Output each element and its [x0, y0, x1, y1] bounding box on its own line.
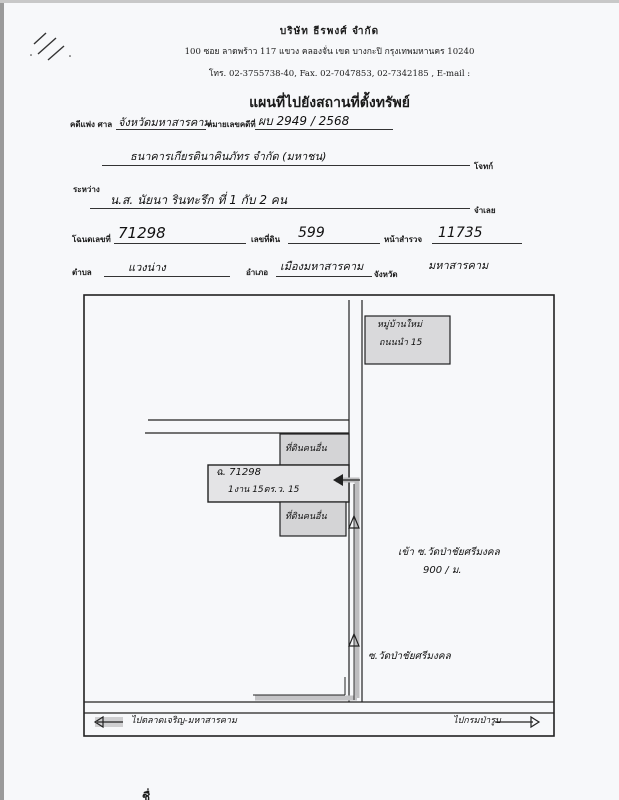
company-name: บริษัท ธีรพงศ์ จำกัด	[20, 24, 619, 39]
location-map: หมู่บ้านใหม่ ถนนนำ 15 ที่ดินคนอื่น ฉ. 71…	[83, 294, 556, 738]
district-label: อำเภอ	[246, 266, 268, 279]
case-label: คดีแพ่ง ศาล	[70, 118, 112, 131]
deed-label: โฉนดเลขที่	[72, 233, 111, 246]
bottom-mark: ชื่	[142, 788, 150, 800]
subdistrict-underline	[104, 276, 230, 277]
distance-label-2: 900 / ม.	[423, 564, 462, 578]
neighbor-bottom-label: ที่ดินคนอื่น	[285, 510, 327, 524]
scan-edge-left	[0, 0, 4, 800]
land-no-value: 599	[298, 225, 325, 241]
deed-value: 71298	[118, 224, 166, 242]
company-contact: โทร. 02-3755738-40, Fax. 02-7047853, 02-…	[30, 66, 619, 80]
road-right-label: ไปกรมป่ารูบ	[453, 714, 501, 728]
neighbor-top-label: ที่ดินคนอื่น	[285, 442, 327, 456]
deed-underline	[114, 243, 246, 244]
case-no-underline	[255, 129, 393, 130]
survey-label: หน้าสำรวจ	[384, 233, 422, 246]
case-no-label: หมายเลขคดีที่	[207, 118, 256, 131]
survey-value: 11735	[438, 225, 483, 241]
village-label-2: ถนนนำ 15	[379, 336, 422, 350]
plaintiff-underline	[102, 165, 470, 166]
land-no-underline	[288, 243, 380, 244]
village-label-1: หมู่บ้านใหม่	[377, 318, 422, 332]
province-label: จังหวัด	[374, 268, 398, 281]
between-label: ระหว่าง	[73, 183, 100, 196]
soi-label: ซ.วัดป่าชัยศรีมงคล	[368, 650, 451, 664]
district-underline	[276, 276, 372, 277]
subdistrict-label: ตำบล	[72, 266, 92, 279]
defendant-label: จำเลย	[474, 204, 496, 217]
document-title: แผนที่ไปยังสถานที่ตั้งทรัพย์	[20, 92, 619, 114]
land-no-label: เลขที่ดิน	[251, 233, 280, 246]
province-value: มหาสารคาม	[428, 256, 488, 274]
defendant-underline	[90, 208, 470, 209]
company-address: 100 ซอย ลาดพร้าว 117 แขวง คลองจั่น เขต บ…	[20, 44, 619, 58]
scan-edge-top	[0, 0, 619, 3]
distance-label-1: เข้า ซ.วัดป่าชัยศรีมงคล	[398, 546, 500, 560]
case-underline	[116, 129, 206, 130]
plaintiff-value: ธนาคารเกียรตินาคินภัทร จำกัด (มหาชน)	[130, 147, 326, 165]
subdistrict-value: แวงน่าง	[128, 258, 166, 276]
subject-plot-label-2: 1งาน 15ตร.ว. 15	[228, 483, 299, 497]
survey-underline	[432, 243, 522, 244]
plaintiff-label: โจทก์	[474, 160, 493, 173]
subject-plot-label-1: ฉ. 71298	[216, 466, 261, 480]
road-left-label: ไปตลาดเจริญ-มหาสารคาม	[131, 714, 237, 728]
district-value: เมืองมหาสารคาม	[280, 257, 363, 275]
